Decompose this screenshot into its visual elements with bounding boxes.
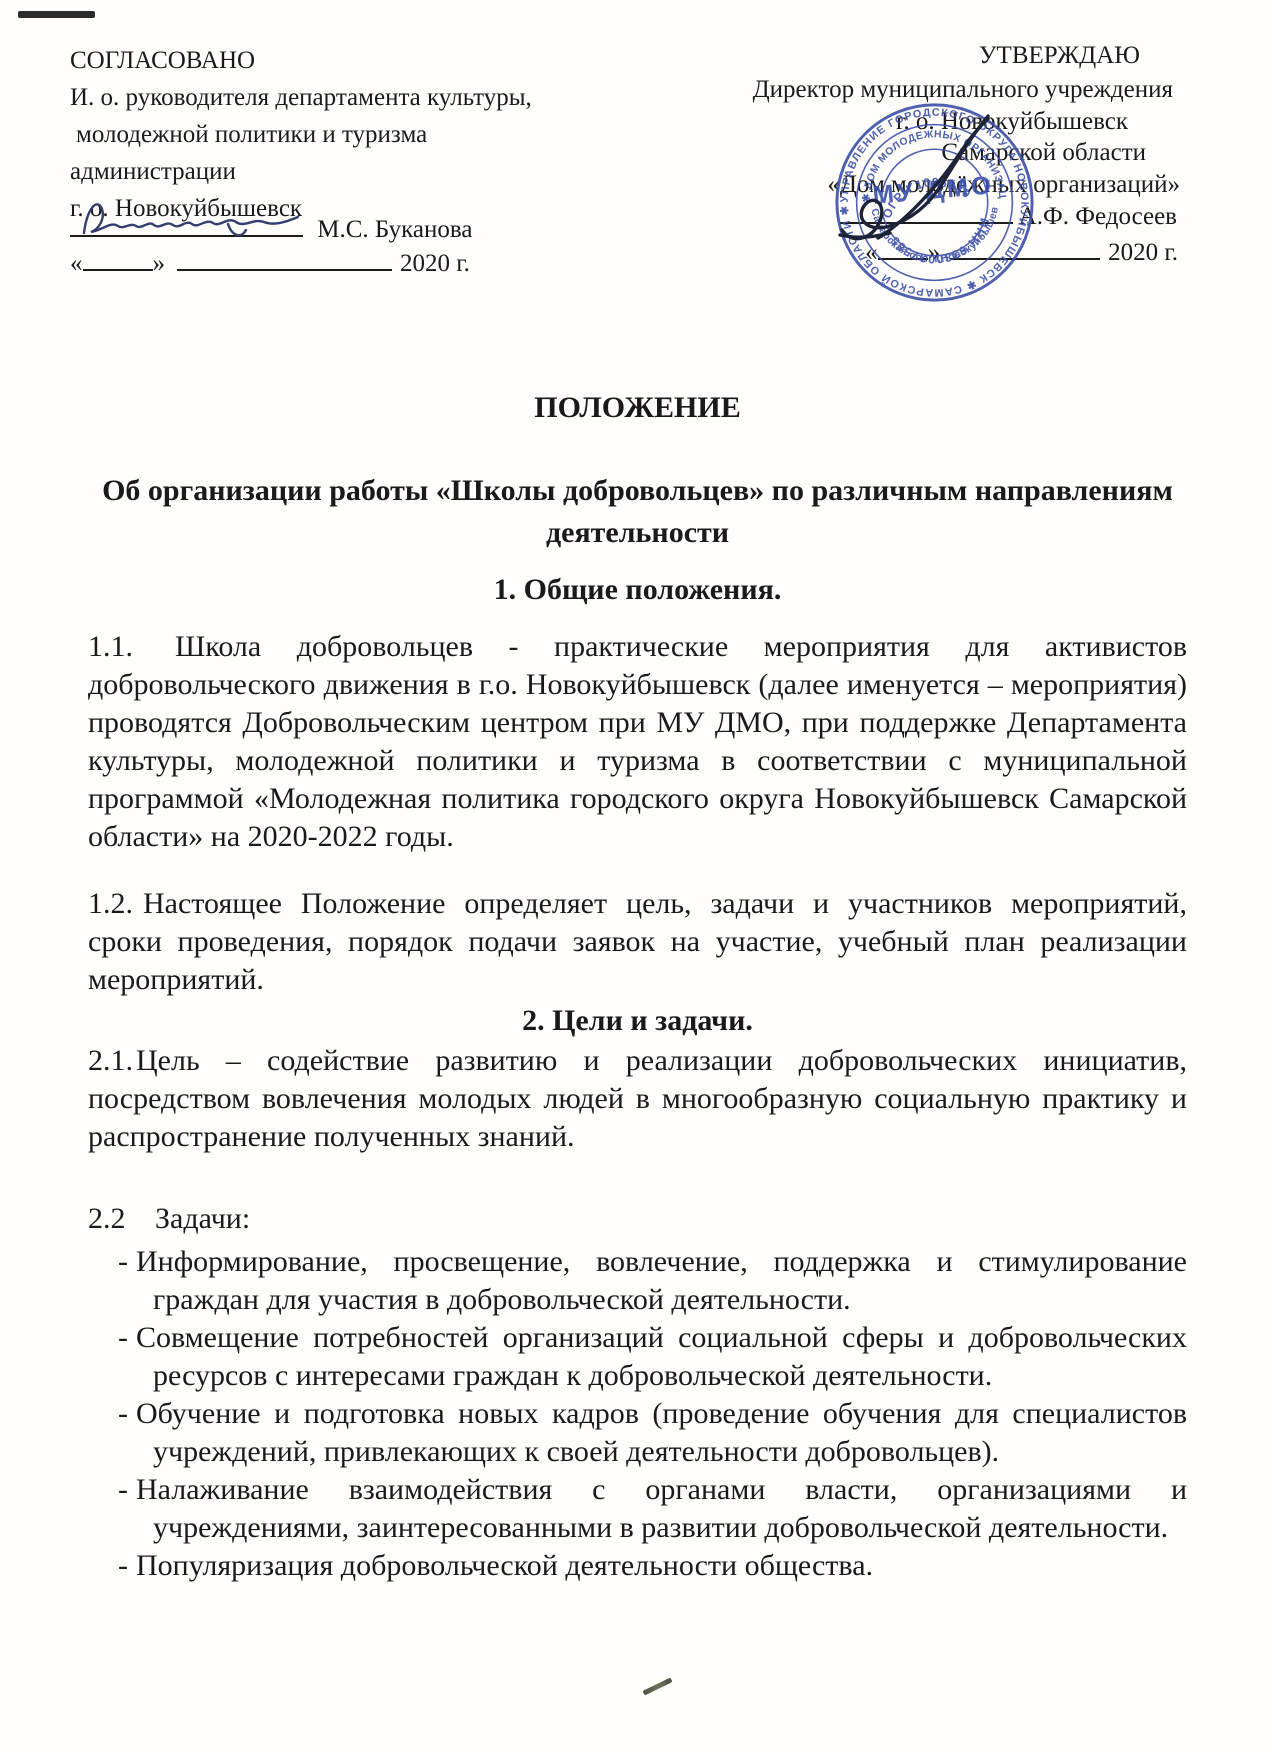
paragraph-number: 2.1. [88,1042,136,1080]
paragraph-number: 1.1. [88,628,175,666]
list-item: -Информирование, просвещение, вовлечение… [153,1243,1187,1319]
quote-open: « [70,250,83,277]
date-blank-month [177,247,392,271]
year-label: 2020 г. [400,250,470,277]
document-body: ПОЛОЖЕНИЕ Об организации работы «Школы д… [88,388,1187,1585]
list-item: -Совмещение потребностей организаций соц… [153,1319,1187,1395]
document-title: ПОЛОЖЕНИЕ [88,388,1187,428]
list-dash-marker: - [118,1395,128,1433]
approval-left-line: И. о. руководителя департамента культуры… [70,79,650,116]
handwritten-signature-bukanova [78,189,300,243]
approval-block-left: СОГЛАСОВАНО И. о. руководителя департаме… [70,42,650,282]
list-item-text: Совмещение потребностей организаций соци… [136,1321,1187,1392]
section-heading-general: 1. Общие положения. [88,570,1187,610]
list-dash-marker: - [118,1471,128,1509]
date-blank-day [83,247,153,271]
list-item: -Популяризация добровольческой деятельно… [153,1547,1187,1585]
year-label: 2020 г. [1108,239,1178,266]
list-dash-marker: - [118,1243,128,1281]
paragraph-text: Настоящее Положение определяет цель, зад… [88,887,1187,996]
list-item-text: Популяризация добровольческой деятельнос… [136,1549,873,1582]
quote-close: » [153,250,166,277]
tasks-list: -Информирование, просвещение, вовлечение… [88,1243,1187,1585]
approval-left-title: СОГЛАСОВАНО [70,42,650,79]
signature-line [70,209,303,237]
approval-left-line: молодежной политики и туризма [70,116,650,153]
paragraph-number: 1.2. [88,885,143,923]
scanned-document-page: СОГЛАСОВАНО И. о. руководителя департаме… [0,0,1275,1753]
document-subtitle: Об организации работы «Школы добровольце… [88,470,1187,554]
list-item: -Обучение и подготовка новых кадров (про… [153,1395,1187,1471]
paragraph-number: 2.2 [88,1200,155,1238]
paragraph-1-2: 1.2.Настоящее Положение определяет цель,… [88,885,1187,999]
paragraph-2-1: 2.1.Цель – содействие развитию и реализа… [88,1042,1187,1156]
signature-row-left: М.С. Буканова [70,209,650,237]
paragraph-text: Задачи: [155,1202,250,1235]
list-item: -Налаживание взаимодействия с органами в… [153,1471,1187,1547]
approval-right-title: УТВЕРЖДАЮ [735,38,1195,74]
pen-mark-artifact [642,1677,672,1695]
paragraph-2-2: 2.2Задачи: [88,1200,1187,1238]
handwritten-signature-fedoseev [820,88,1080,268]
signer-name-left: М.С. Буканова [317,216,472,243]
paragraph-1-1: 1.1.Школа добровольцев - практические ме… [88,628,1187,856]
list-dash-marker: - [118,1319,128,1357]
list-item-text: Информирование, просвещение, вовлечение,… [136,1245,1187,1316]
date-row-left: «»2020 г. [70,245,650,282]
approval-left-line: администрации [70,153,650,190]
list-dash-marker: - [118,1547,128,1585]
scan-artifact-bar [18,11,95,18]
paragraph-text: Цель – содействие развитию и реализации … [88,1044,1187,1153]
list-item-text: Налаживание взаимодействия с органами вл… [136,1473,1187,1544]
paragraph-text: Школа добровольцев - практические меропр… [88,630,1187,853]
list-item-text: Обучение и подготовка новых кадров (пров… [136,1397,1187,1468]
section-heading-goals: 2. Цели и задачи. [88,1001,1187,1041]
